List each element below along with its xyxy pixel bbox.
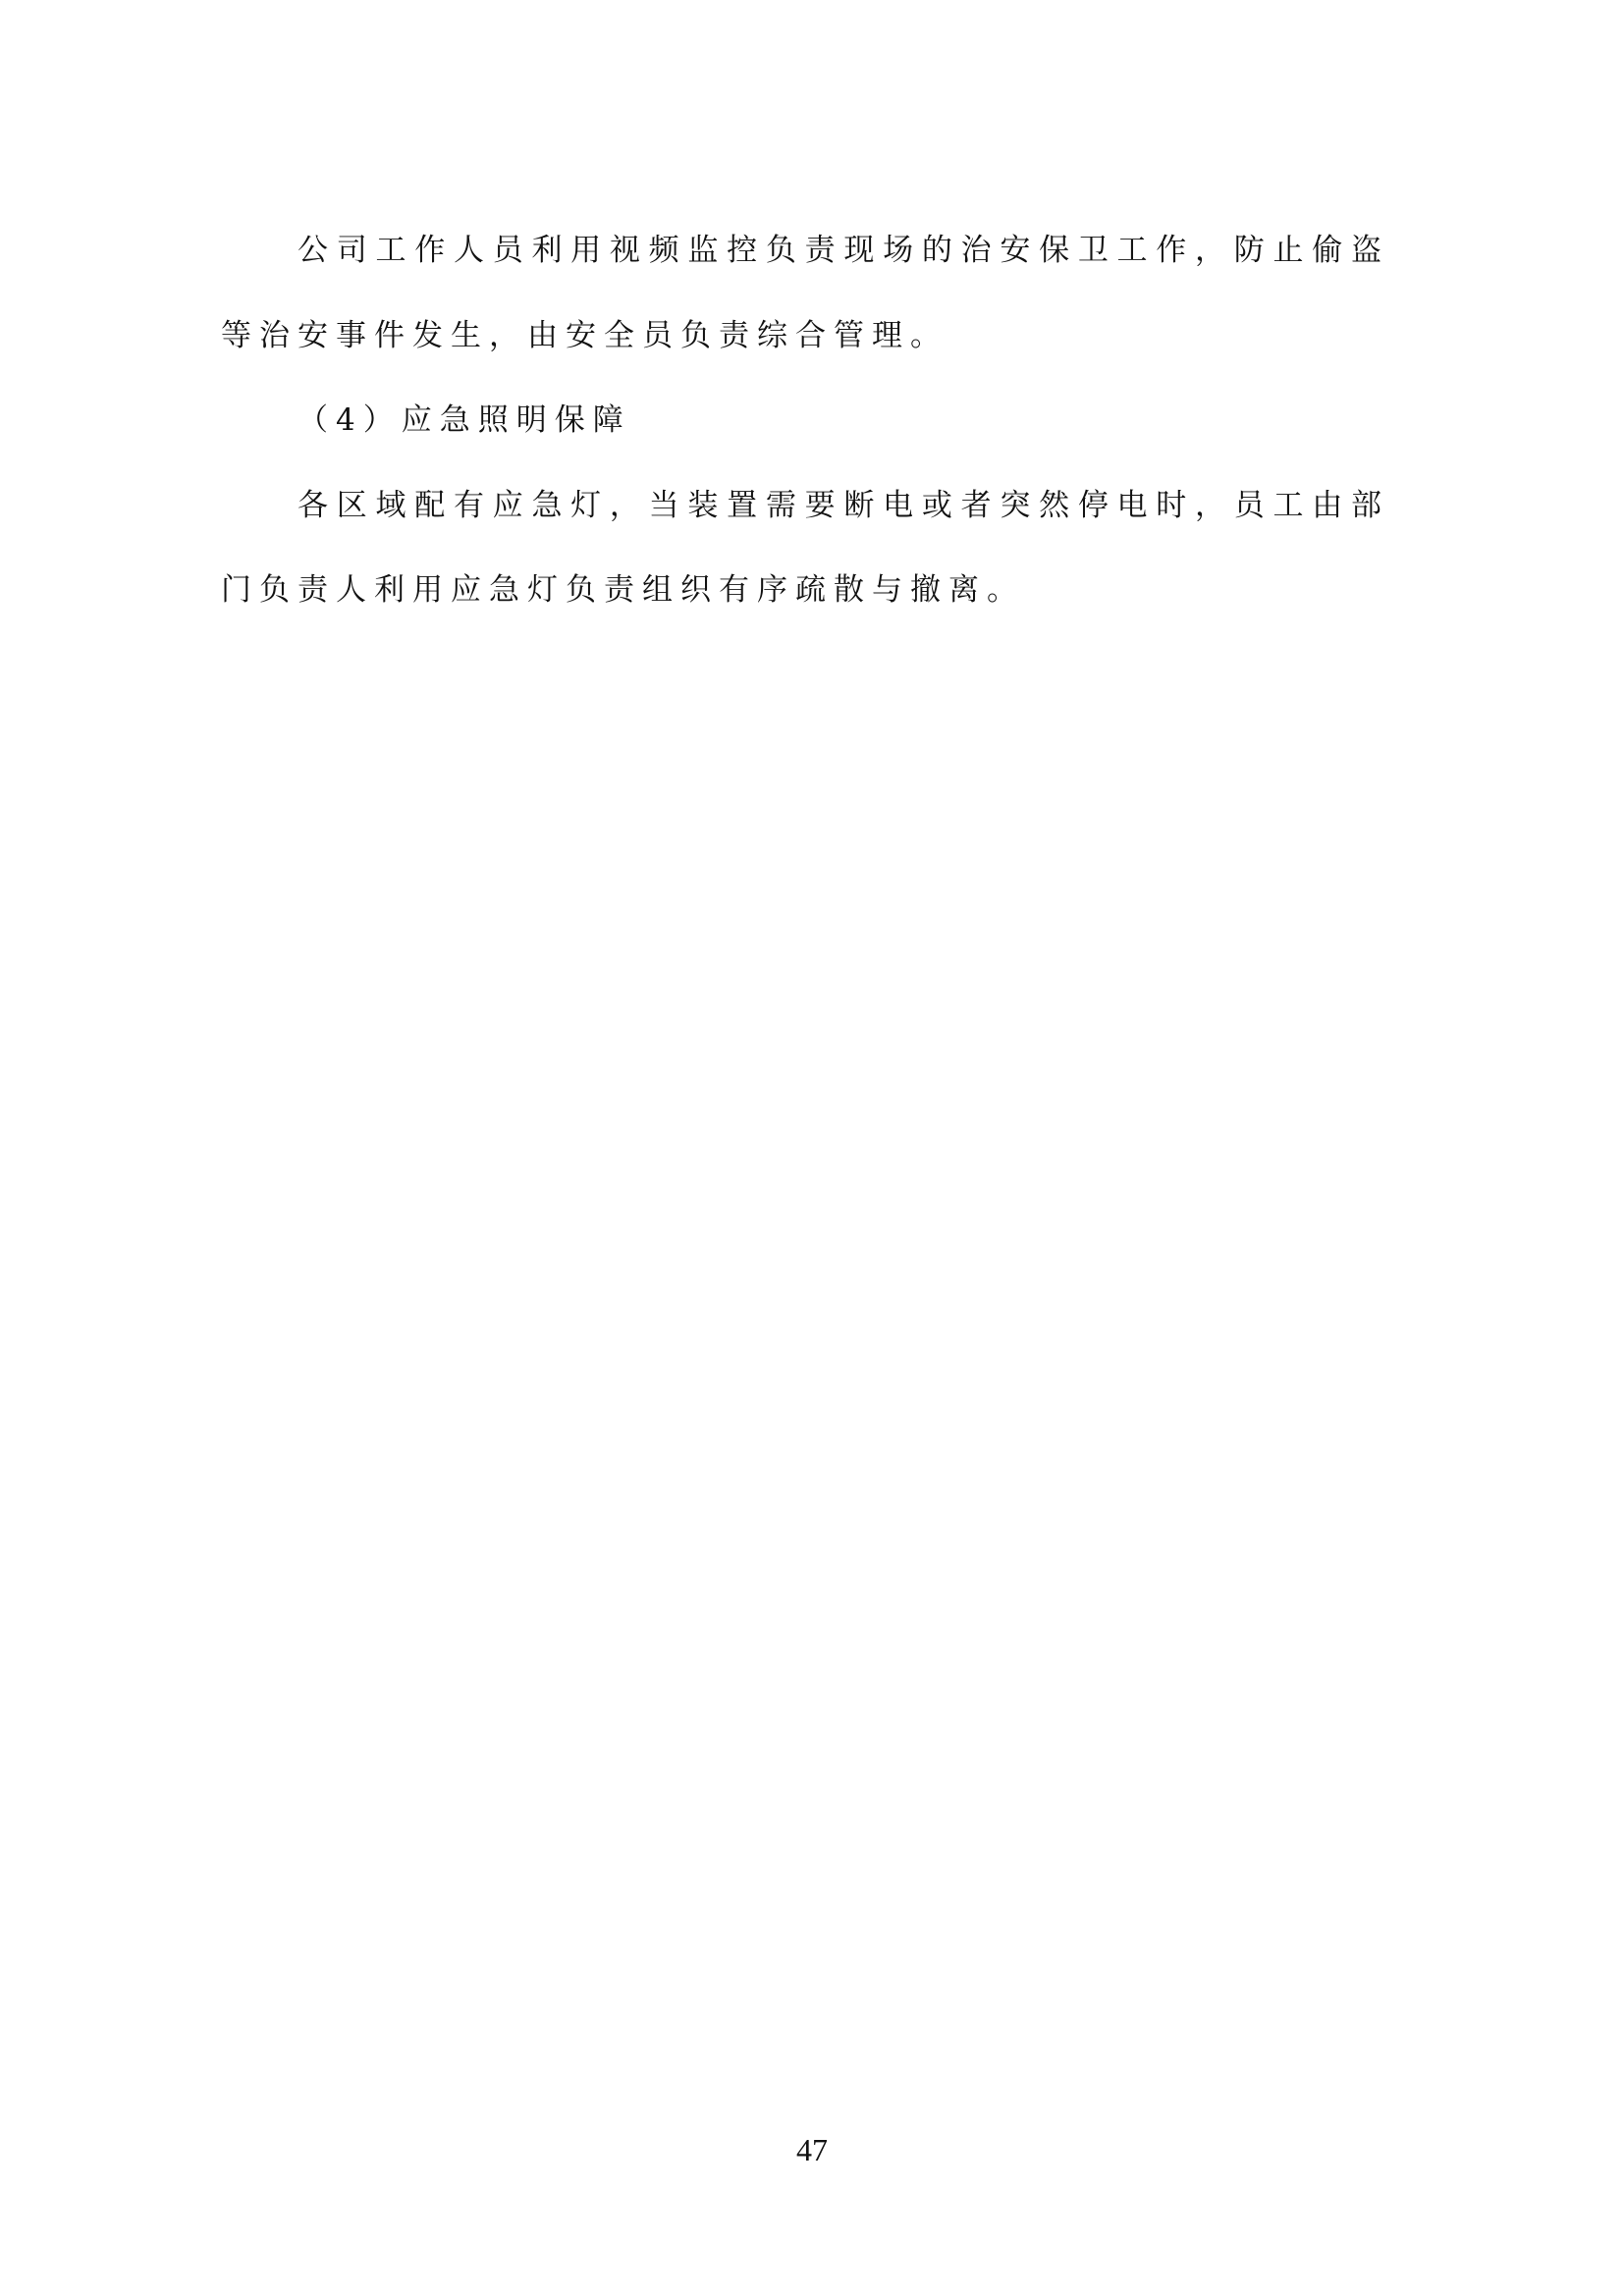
paragraph-emergency-lighting: 各区域配有应急灯，当装置需要断电或者突然停电时，员工由部门负责人利用应急灯负责组… <box>221 463 1389 633</box>
document-page: 公司工作人员利用视频监控负责现场的治安保卫工作，防止偷盗等治安事件发生，由安全员… <box>0 0 1624 2296</box>
section-heading-emergency-lighting: （4）应急照明保障 <box>221 378 1389 463</box>
paragraph-security-duty: 公司工作人员利用视频监控负责现场的治安保卫工作，防止偷盗等治安事件发生，由安全员… <box>221 208 1389 378</box>
document-body: 公司工作人员利用视频监控负责现场的治安保卫工作，防止偷盗等治安事件发生，由安全员… <box>221 208 1389 633</box>
page-number: 47 <box>0 2132 1624 2168</box>
